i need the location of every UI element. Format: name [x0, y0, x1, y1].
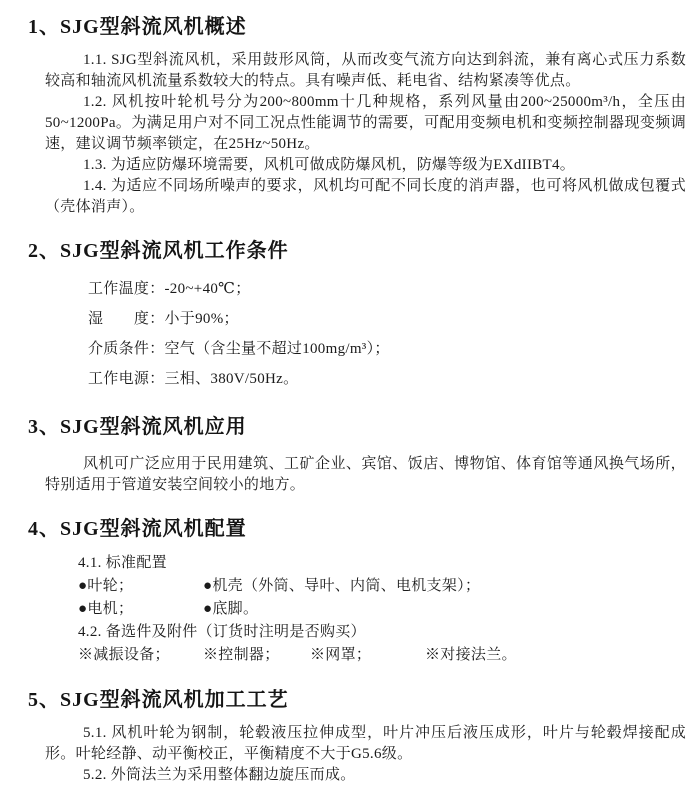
condition-temperature: 工作温度：-20~+40℃； [28, 274, 688, 304]
paragraph-applications: 风机可广泛应用于民用建筑、工矿企业、宾馆、饭店、博物馆、体育馆等通风换气场所，特… [28, 454, 688, 496]
paragraph-5-2: 5.2. 外筒法兰为采用整体翻边旋压而成。 [28, 765, 688, 786]
paragraph-1-3: 1.3. 为适应防爆环境需要，风机可做成防爆风机，防爆等级为EXdIIBT4。 [28, 155, 688, 176]
paragraph-5-1: 5.1. 风机叶轮为钢制，轮毂液压拉伸成型，叶片冲压后液压成形，叶片与轮毂焊接配… [28, 723, 688, 765]
section-manufacturing-heading: 5、SJG型斜流风机加工工艺 [28, 687, 688, 713]
option-item-mesh-cover: ※网罩； [310, 644, 425, 667]
section-overview-heading: 1、SJG型斜流风机概述 [28, 14, 688, 40]
section-applications-heading: 3、SJG型斜流风机应用 [28, 414, 688, 440]
condition-power: 工作电源：三相、380V/50Hz。 [28, 364, 688, 394]
paragraph-1-4: 1.4. 为适应不同场所噪声的要求，风机均可配不同长度的消声器，也可将风机做成包… [28, 176, 688, 218]
option-item-flange: ※对接法兰。 [425, 644, 688, 667]
section-working-conditions: 2、SJG型斜流风机工作条件 工作温度：-20~+40℃； 湿 度：小于90%；… [28, 238, 688, 394]
condition-medium: 介质条件：空气（含尘量不超过100mg/m³）； [28, 334, 688, 364]
config-item-casing: ●机壳（外筒、导叶、内筒、电机支架）； [203, 575, 688, 598]
condition-humidity: 湿 度：小于90%； [28, 304, 688, 334]
config-item-impeller: ●叶轮； [78, 575, 203, 598]
configuration-list: 4.1. 标准配置 ●叶轮； ●机壳（外筒、导叶、内筒、电机支架）； ●电机； … [28, 552, 688, 667]
config-item-foot: ●底脚。 [203, 598, 688, 621]
config-row: ●电机； ●底脚。 [28, 598, 688, 621]
section-configuration-heading: 4、SJG型斜流风机配置 [28, 516, 688, 542]
document-page: 1、SJG型斜流风机概述 1.1. SJG型斜流风机，采用鼓形风筒，从而改变气流… [0, 0, 700, 810]
config-row: ●叶轮； ●机壳（外筒、导叶、内筒、电机支架）； [28, 575, 688, 598]
section-working-conditions-heading: 2、SJG型斜流风机工作条件 [28, 238, 688, 264]
section-applications: 3、SJG型斜流风机应用 风机可广泛应用于民用建筑、工矿企业、宾馆、饭店、博物馆… [28, 414, 688, 496]
subsection-optional-parts-title: 4.2. 备选件及附件（订货时注明是否购买） [28, 621, 688, 644]
paragraph-1-2: 1.2. 风机按叶轮机号分为200~800mm十几种规格，系列风量由200~25… [28, 92, 688, 155]
section-overview: 1、SJG型斜流风机概述 1.1. SJG型斜流风机，采用鼓形风筒，从而改变气流… [28, 14, 688, 218]
section-manufacturing: 5、SJG型斜流风机加工工艺 5.1. 风机叶轮为钢制，轮毂液压拉伸成型，叶片冲… [28, 687, 688, 786]
subsection-standard-config-title: 4.1. 标准配置 [28, 552, 688, 575]
paragraph-1-1: 1.1. SJG型斜流风机，采用鼓形风筒，从而改变气流方向达到斜流，兼有离心式压… [28, 50, 688, 92]
config-item-motor: ●电机； [78, 598, 203, 621]
option-item-damping: ※减振设备； [78, 644, 203, 667]
option-item-controller: ※控制器； [203, 644, 310, 667]
condition-list: 工作温度：-20~+40℃； 湿 度：小于90%； 介质条件：空气（含尘量不超过… [28, 274, 688, 394]
section-configuration: 4、SJG型斜流风机配置 4.1. 标准配置 ●叶轮； ●机壳（外筒、导叶、内筒… [28, 516, 688, 667]
option-row: ※减振设备； ※控制器； ※网罩； ※对接法兰。 [28, 644, 688, 667]
